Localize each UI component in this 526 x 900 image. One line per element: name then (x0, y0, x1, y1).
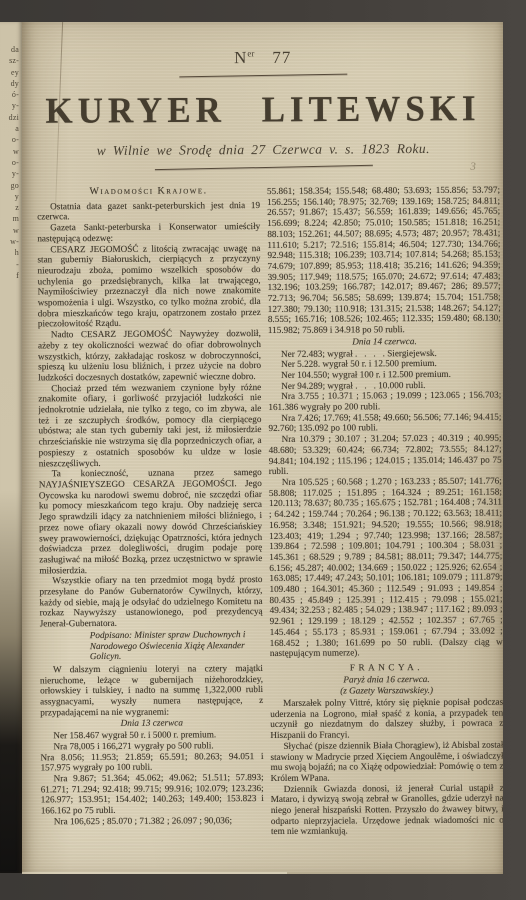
text-fragment: o- (0, 157, 19, 168)
text-fragment: da (0, 44, 19, 55)
text-fragment: dy (0, 78, 19, 89)
paragraph: Marszałek polny Vittré, który się piękni… (270, 697, 503, 741)
text-fragment: go (0, 180, 19, 191)
handwritten-mark: 3 (470, 161, 476, 173)
paragraph: Nra 105.525 ; 60.568 ; 1.270 ; 163.233 ;… (269, 476, 503, 659)
paragraph: Paryż dnia 16 czerwca. (270, 673, 503, 685)
paragraph: CESARZ JEGOMOŚĆ z litością zwracając uwa… (37, 243, 261, 330)
text-fragment: a (0, 123, 19, 134)
issue-superscript: er (247, 48, 254, 58)
paragraph: Dnia 13 czerwca (40, 717, 263, 729)
text-fragment: y (0, 191, 19, 202)
paragraph: Ta konieczność, uznana przez samego NAYJ… (39, 467, 263, 575)
text-fragment: o- (0, 134, 19, 145)
text-fragment: w (0, 225, 19, 236)
paragraph: Ostatnia data gazet sankt-peterburskich … (37, 200, 260, 223)
scan-background: dasz-eydyó-y-dziao-wo-y-goyzmww-h-f Ner7… (0, 0, 526, 900)
paragraph: W dalszym ciągnieniu loteryi na cztery m… (40, 663, 263, 718)
issue-number: Ner77 (22, 22, 503, 69)
masthead-rule-top (179, 74, 347, 78)
paragraph: Nra 8.056; 11.953; 21.859; 65.591; 80.26… (40, 751, 263, 774)
text-fragment: ey (0, 67, 19, 78)
section-heading: FRANCYA. (270, 661, 503, 673)
masthead-title: KURYER LITEWSKI (22, 88, 503, 133)
text-fragment: m (0, 213, 19, 224)
text-fragment: y- (0, 168, 19, 179)
paragraph: Nra 7.426; 17.769; 41.558; 49.660; 56.50… (268, 411, 501, 434)
paragraph: Podpisano: Minister spraw Duchownych i N… (40, 629, 263, 662)
text-fragment: w (0, 146, 19, 157)
paragraph: Nra 106,625 ; 85.070 ; 71.382 ; 26.097 ;… (41, 815, 264, 827)
text-fragment: dzi (0, 112, 19, 123)
article-columns: Wiadomości Krajowe.Ostatnia data gazet s… (23, 167, 503, 839)
issue-value: 77 (272, 48, 291, 67)
adjacent-page-edge: dasz-eydyó-y-dziao-wo-y-goyzmww-h-f (0, 22, 22, 873)
masthead-dateline: w Wilnie we Srodę dnia 27 Czerwca v. s. … (23, 141, 503, 160)
paragraph: Dziennik Gwiazda donosi, iż jenerał Curi… (271, 782, 503, 837)
paragraph: Wszystkie ofiary na ten przedmiot mogą b… (39, 574, 262, 629)
text-fragment: z (0, 202, 19, 213)
section-heading: Wiadomości Krajowe. (37, 186, 260, 198)
issue-prefix: N (234, 48, 247, 67)
text-fragment: f (0, 270, 19, 281)
text-fragment: ó- (0, 89, 19, 100)
paragraph: Nra 3.755 ; 10.371 ; 15.063 ; 19.099 ; 1… (268, 390, 501, 413)
paragraph: 55.861; 158.354; 155.548; 68.480; 53.693… (267, 185, 501, 336)
paragraph: Chociaż przed tém wezwaniem czynione był… (38, 382, 262, 469)
paragraph: Nra 10.379 ; 30.107 ; 31.204; 57.023 ; 4… (269, 433, 502, 477)
column-left: Wiadomości Krajowe.Ostatnia data gazet s… (37, 186, 264, 839)
paragraph: Nadto CESARZ JEGOMOŚĆ Naywyżey dozwolił,… (38, 328, 261, 383)
newspaper-page: Ner77 KURYER LITEWSKI w Wilnie we Srodę … (22, 22, 503, 874)
column-right: 55.861; 158.354; 155.548; 68.480; 53.693… (267, 185, 503, 838)
adjacent-page-fragments: dasz-eydyó-y-dziao-wo-y-goyzmww-h-f (0, 22, 22, 281)
paragraph: (z Gazety Warszawskiey.) (270, 685, 503, 697)
page-content: Ner77 KURYER LITEWSKI w Wilnie we Srodę … (22, 22, 503, 874)
paragraph: Gazeta Sankt-peterburska i Konserwator u… (37, 221, 260, 244)
text-fragment: w- (0, 236, 19, 247)
text-fragment: h (0, 247, 19, 258)
text-fragment: y- (0, 100, 19, 111)
text-fragment: - (0, 259, 19, 270)
paragraph: Dnia 14 czerwca. (268, 335, 501, 347)
paragraph: Nra 9.867; 51.364; 45.062; 49.062; 51.51… (41, 772, 264, 816)
paragraph: Słychać (pisze dziennik Biała Chorągiew)… (270, 739, 503, 783)
text-fragment: sz- (0, 55, 19, 66)
